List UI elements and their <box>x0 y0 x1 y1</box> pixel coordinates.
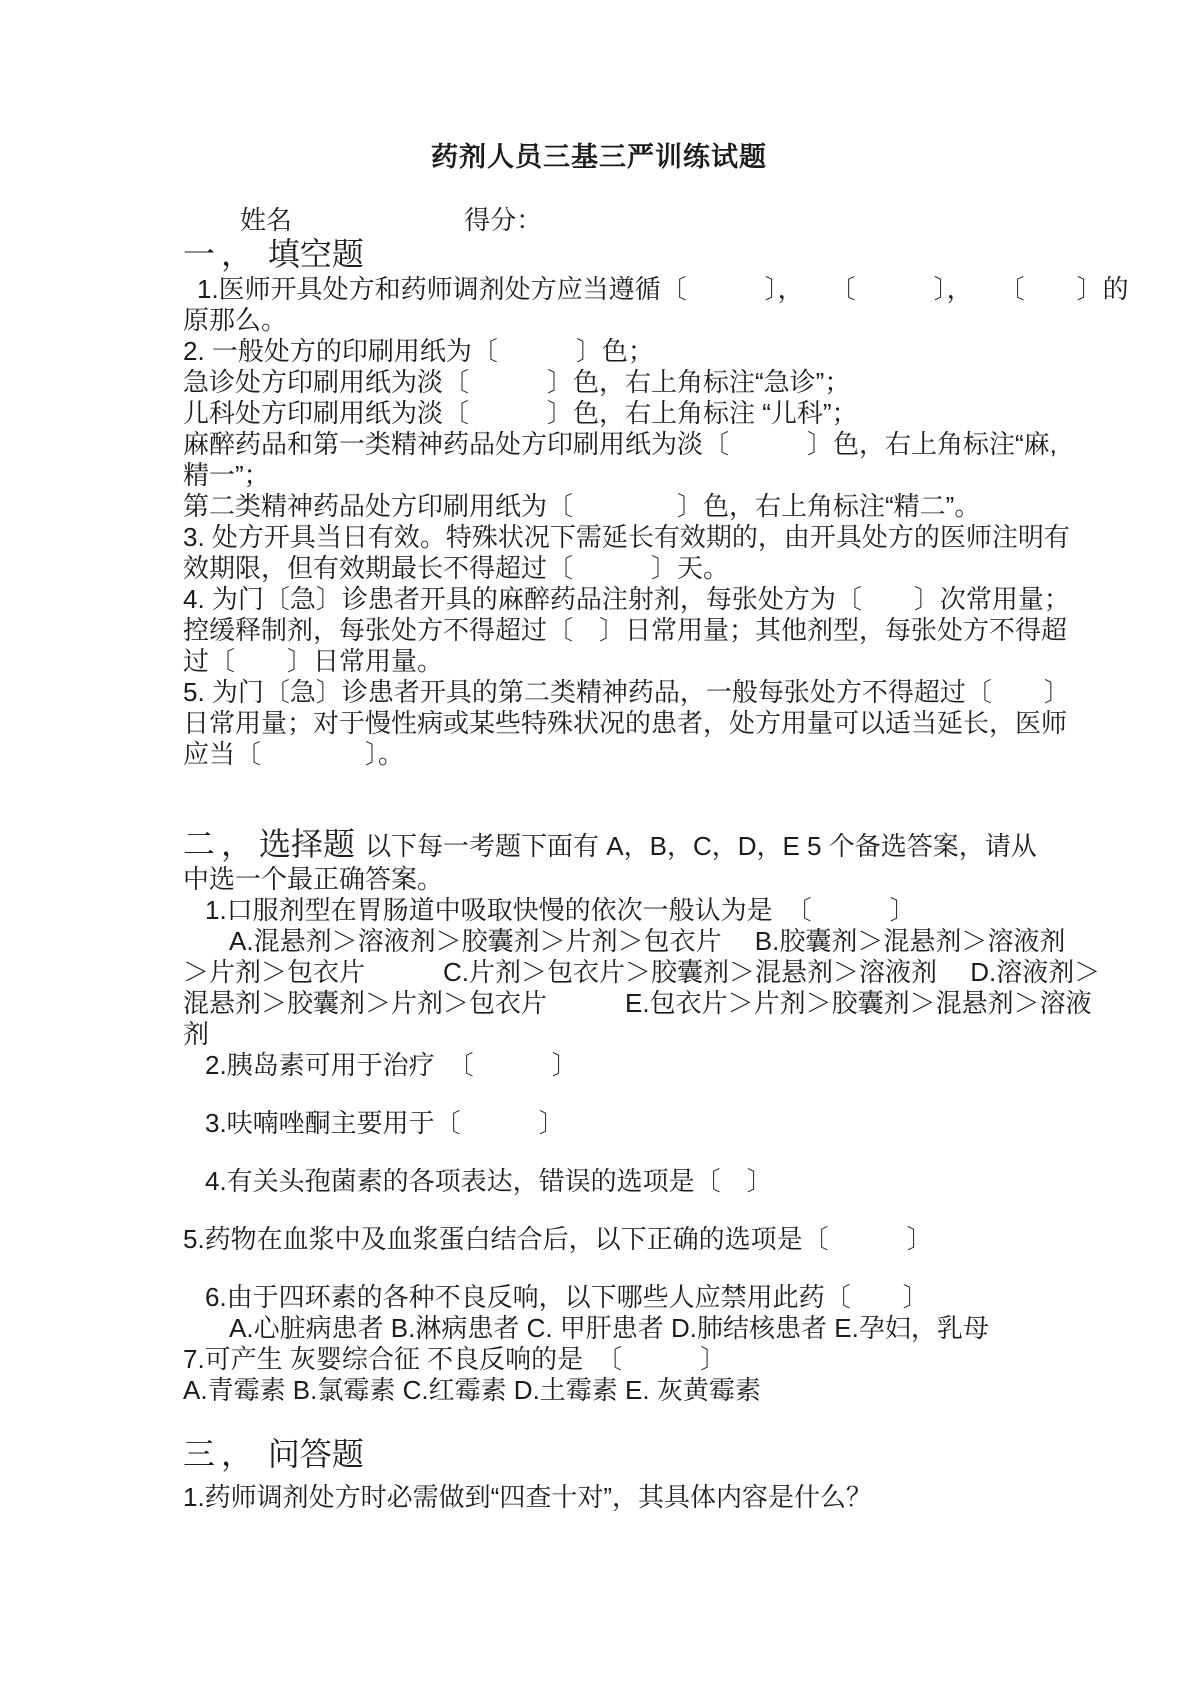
text-line: 过〔 〕日常用量。 <box>183 646 1015 677</box>
section3-heading: 三， 问答题 <box>183 1434 1015 1474</box>
section2-heading: 二， 选择题 以下每一考题下面有 A，B，C，D，E 5 个备选答案，请从 <box>183 824 1015 864</box>
text-line: 日常用量；对于慢性病或某些特殊状况的患者，处方用量可以适当延长，医师 <box>183 708 1015 739</box>
document-title: 药剂人员三基三严训练试题 <box>183 139 1015 175</box>
text-line: 效期限，但有效期最长不得超过〔 〕天。 <box>183 553 1015 584</box>
question-line: 4.有关头孢菌素的各项表达，错误的选项是〔 〕 <box>183 1166 1015 1197</box>
text-line: 5. 为门〔急〕诊患者开具的第二类精神药品，一般每张处方不得超过〔 〕 <box>183 677 1015 708</box>
score-label: 得分： <box>464 205 542 235</box>
section1-heading: 一， 填空题 <box>183 234 1015 274</box>
section1-title: 填空题 <box>268 236 364 272</box>
options-line: A.心脏病患者 B.淋病患者 C. 甲肝患者 D.肺结核患者 E.孕妇，乳母 <box>183 1313 1015 1344</box>
text-line: 控缓释制剂，每张处方不得超过〔 〕日常用量；其他剂型，每张处方不得超 <box>183 615 1015 646</box>
question-line: 5.药物在血浆中及血浆蛋白结合后，以下正确的选项是〔 〕 <box>183 1224 1015 1255</box>
section3-number: 三， <box>183 1436 259 1472</box>
text-line: 精一”； <box>183 460 1015 491</box>
text-line: 3. 处方开具当日有效。特殊状况下需延长有效期的，由开具处方的医师注明有 <box>183 522 1015 553</box>
text-line: 2. 一般处方的印刷用纸为〔 〕色； <box>183 336 1015 367</box>
section2-number: 二， <box>183 824 259 864</box>
exam-document-page: 药剂人员三基三严训练试题 姓名 得分： 一， 填空题 1.医师开具处方和药师调剂… <box>0 0 1190 1683</box>
section1-fill-in-blanks: 1.医师开具处方和药师调剂处方应当遵循〔 〕， 〔 〕， 〔 〕的 原那么。 2… <box>183 274 1015 770</box>
name-label: 姓名 <box>240 205 292 235</box>
question-line: 3.呋喃唑酮主要用于〔 〕 <box>183 1108 1015 1139</box>
text-line: 儿科处方印刷用纸为淡〔 〕色，右上角标注 “儿科”； <box>183 398 1015 429</box>
options-line: A.混悬剂＞溶液剂＞胶囊剂＞片剂＞包衣片 B.胶囊剂＞混悬剂＞溶液剂 <box>183 926 1015 957</box>
question-line: 2.胰岛素可用于治疗 〔 〕 <box>183 1050 1015 1081</box>
text-line: 1.医师开具处方和药师调剂处方应当遵循〔 〕， 〔 〕， 〔 〕的 <box>183 274 1015 305</box>
section2-title: 选择题 <box>259 824 355 864</box>
text-line: 4. 为门〔急〕诊患者开具的麻醉药品注射剂，每张处方为〔 〕次常用量； <box>183 584 1015 615</box>
text-line: 原那么。 <box>183 305 1015 336</box>
text-line: 麻醉药品和第一类精神药品处方印刷用纸为淡〔 〕色，右上角标注“麻, <box>183 429 1015 460</box>
options-line: 混悬剂＞胶囊剂＞片剂＞包衣片 E.包衣片＞片剂＞胶囊剂＞混悬剂＞溶液 <box>183 988 1015 1019</box>
section2-instructions-line1: 以下每一考题下面有 A，B，C，D，E 5 个备选答案，请从 <box>365 831 1037 862</box>
question-line: 1.口服剂型在胃肠道中吸取快慢的依次一般认为是 〔 〕 <box>183 895 1015 926</box>
section2-multiple-choice: 1.口服剂型在胃肠道中吸取快慢的依次一般认为是 〔 〕 A.混悬剂＞溶液剂＞胶囊… <box>183 895 1015 1406</box>
question-line: 6.由于四环素的各种不良反响，以下哪些人应禁用此药〔 〕 <box>183 1282 1015 1313</box>
name-score-row: 姓名 得分： <box>183 206 1015 234</box>
section3-title: 问答题 <box>268 1436 364 1472</box>
text-line: 急诊处方印刷用纸为淡〔 〕色，右上角标注“急诊”； <box>183 367 1015 398</box>
question-line: 7.可产生 灰婴综合征 不良反响的是 〔 〕 <box>183 1344 1015 1375</box>
section1-number: 一， <box>183 236 259 272</box>
options-line: A.青霉素 B.氯霉素 C.红霉素 D.土霉素 E. 灰黄霉素 <box>183 1375 1015 1406</box>
section3-essay: 1.药师调剂处方时必需做到“四查十对”，其具体内容是什么？ <box>183 1482 1015 1513</box>
text-line: 应当〔 〕。 <box>183 739 1015 770</box>
options-line: ＞片剂＞包衣片 C.片剂＞包衣片＞胶囊剂＞混悬剂＞溶液剂 D.溶液剂＞ <box>183 957 1015 988</box>
options-line: 剂 <box>183 1019 1015 1050</box>
text-line: 第二类精神药品处方印刷用纸为〔 〕色，右上角标注“精二”。 <box>183 491 1015 522</box>
question-line: 1.药师调剂处方时必需做到“四查十对”，其具体内容是什么？ <box>183 1482 1015 1513</box>
section2-instructions-line2: 中选一个最正确答案。 <box>183 864 1015 895</box>
